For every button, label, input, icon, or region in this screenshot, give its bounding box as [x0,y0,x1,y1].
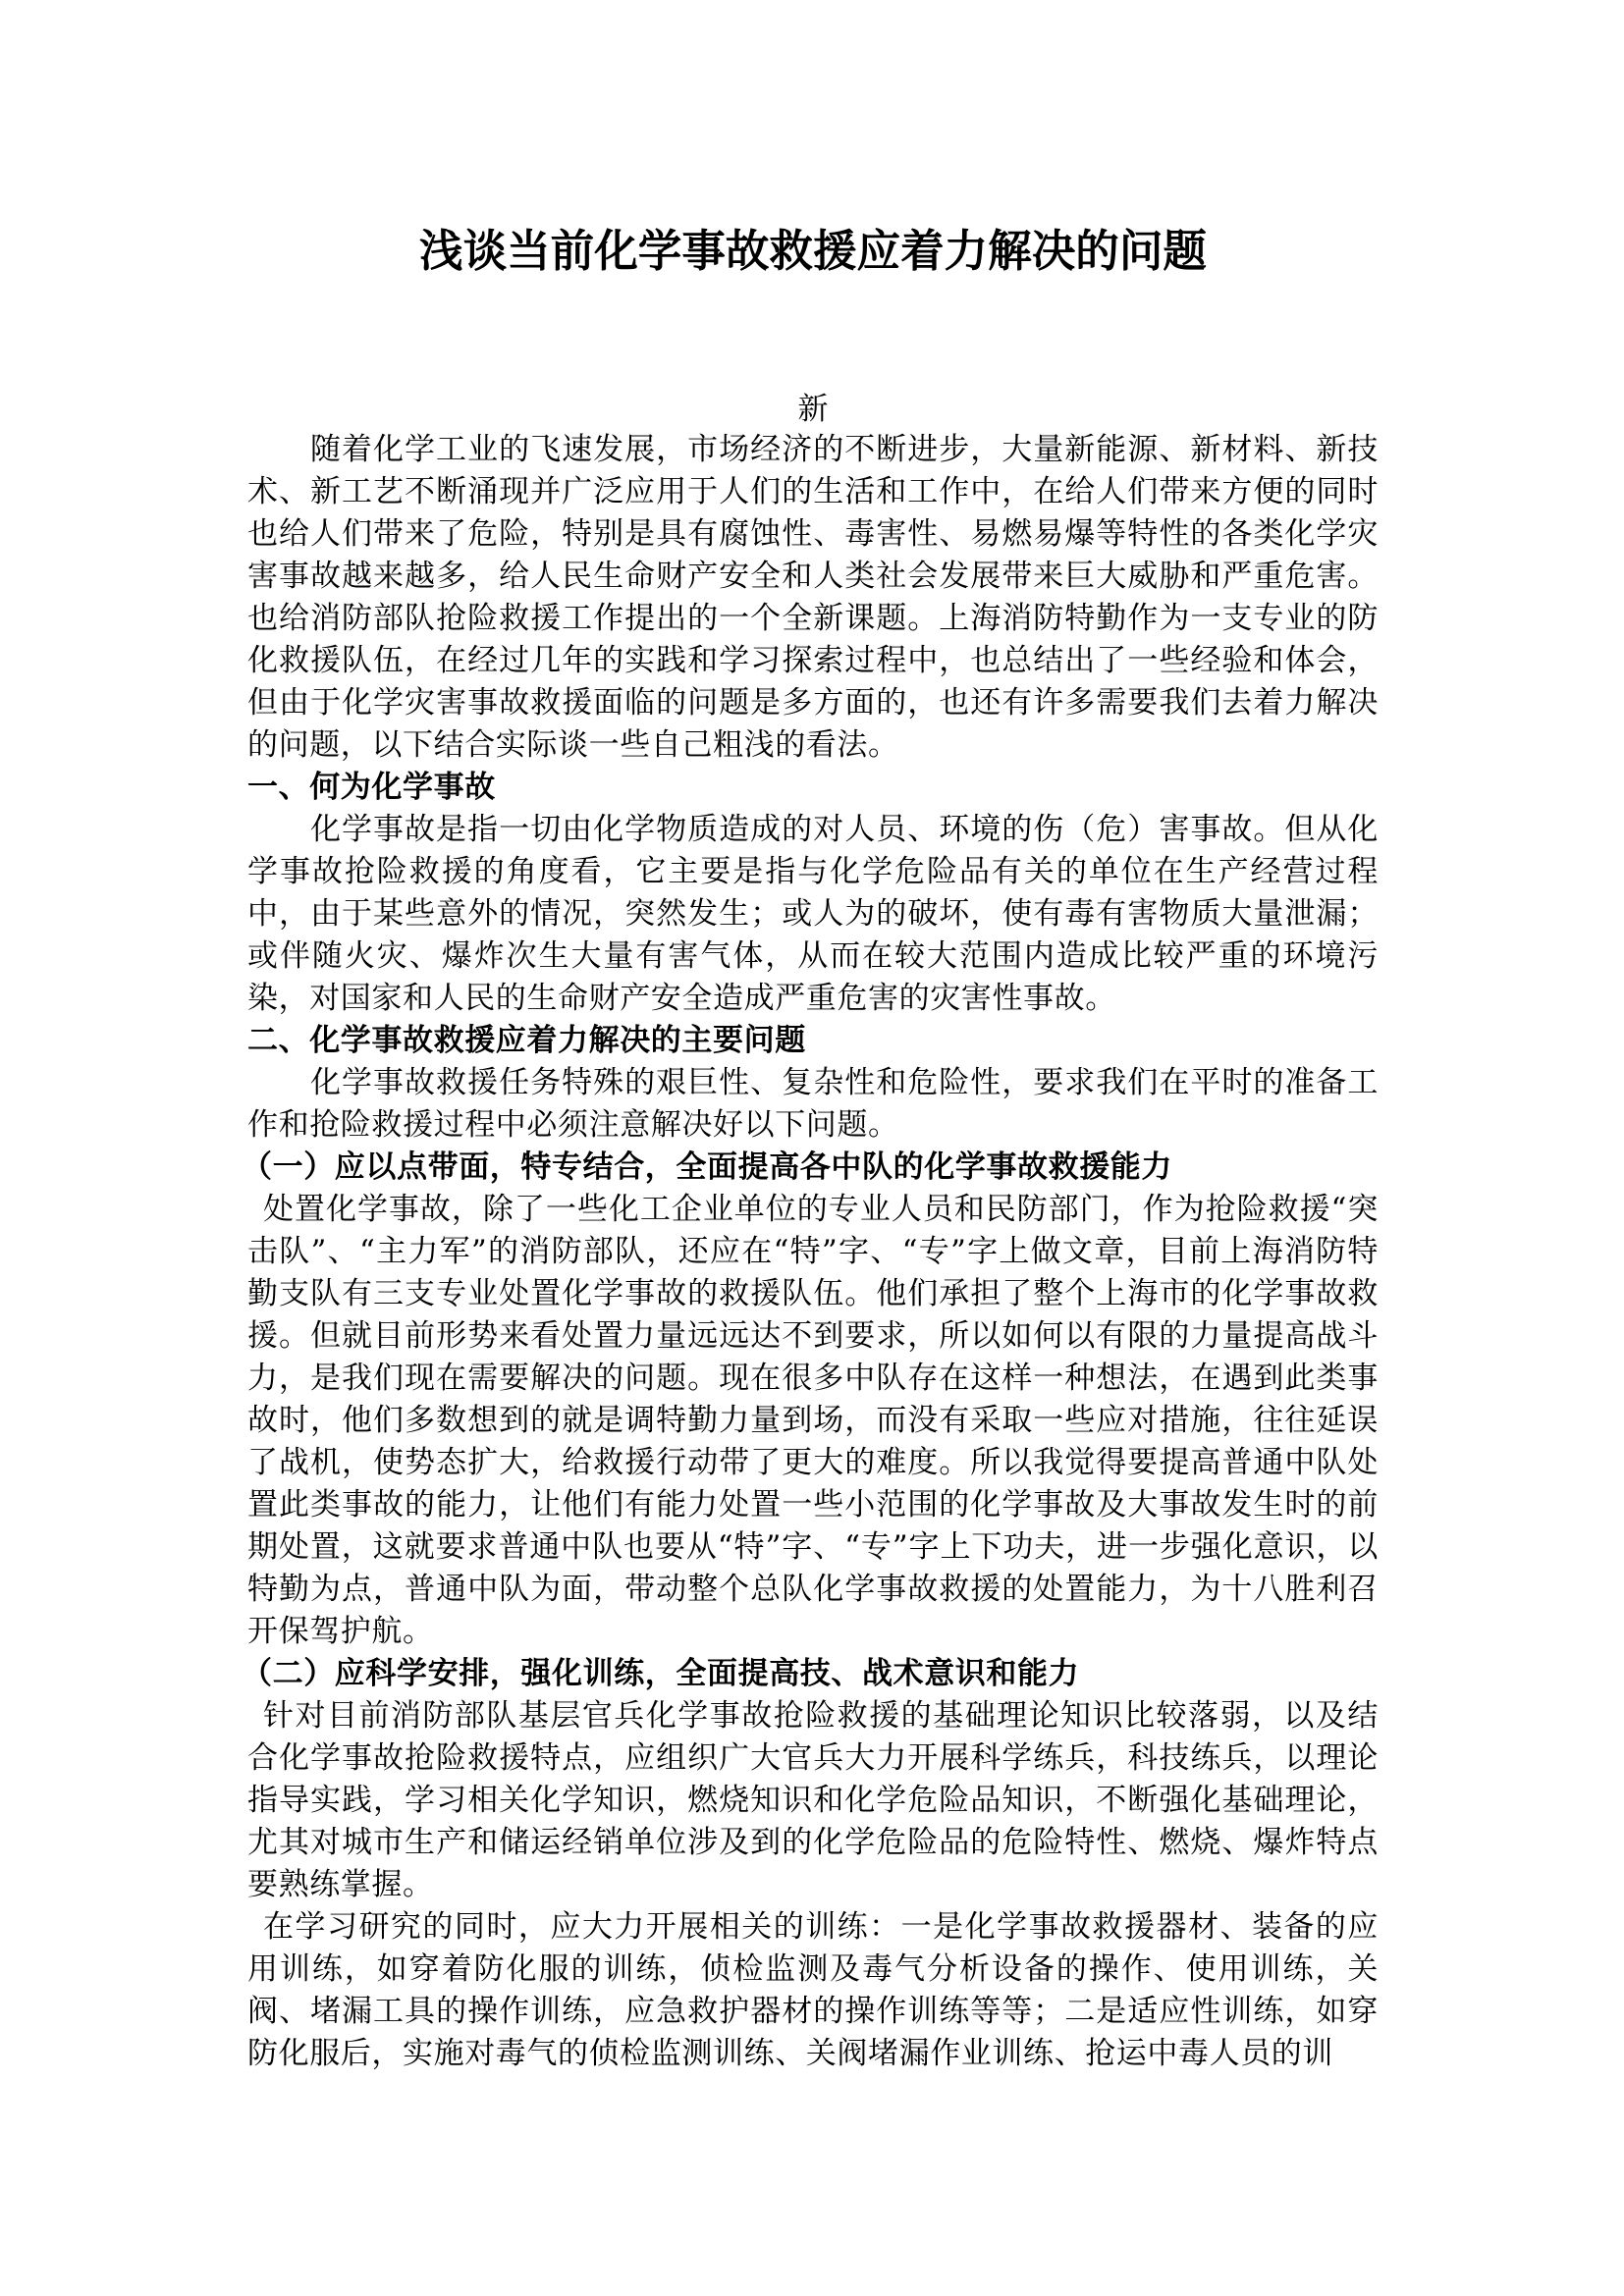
section-heading-1: 一、何为化学事故 [247,767,1379,809]
document-title: 浅谈当前化学事故救援应着力解决的问题 [253,222,1373,281]
subsection-heading-1: （一）应以点带面，特专结合，全面提高各中队的化学事故救援能力 [247,1147,1379,1189]
subsection-1-paragraph: 处置化学事故，除了一些化工企业单位的专业人员和民防部门，作为抢险救援“突击队”、… [247,1189,1379,1653]
section-heading-2: 二、化学事故救援应着力解决的主要问题 [247,1020,1379,1062]
subsection-heading-2: （二）应科学安排，强化训练，全面提高技、战术意识和能力 [247,1653,1379,1695]
section-1-paragraph: 化学事故是指一切由化学物质造成的对人员、环境的伤（危）害事故。但从化学事故抢险救… [247,809,1379,1020]
intro-paragraph: 随着化学工业的飞速发展，市场经济的不断进步，大量新能源、新材料、新技术、新工艺不… [247,429,1379,767]
section-2-paragraph: 化学事故救援任务特殊的艰巨性、复杂性和危险性，要求我们在平时的准备工作和抢险救援… [247,1062,1379,1147]
document-body: 随着化学工业的飞速发展，市场经济的不断进步，大量新能源、新材料、新技术、新工艺不… [247,429,1379,2075]
subsection-2-paragraph-1: 针对目前消防部队基层官兵化学事故抢险救援的基础理论知识比较落弱，以及结合化学事故… [247,1695,1379,1906]
subsection-2-paragraph-2: 在学习研究的同时，应大力开展相关的训练：一是化学事故救援器材、装备的应用训练，如… [247,1906,1379,2075]
author-name: 新 [247,389,1379,431]
